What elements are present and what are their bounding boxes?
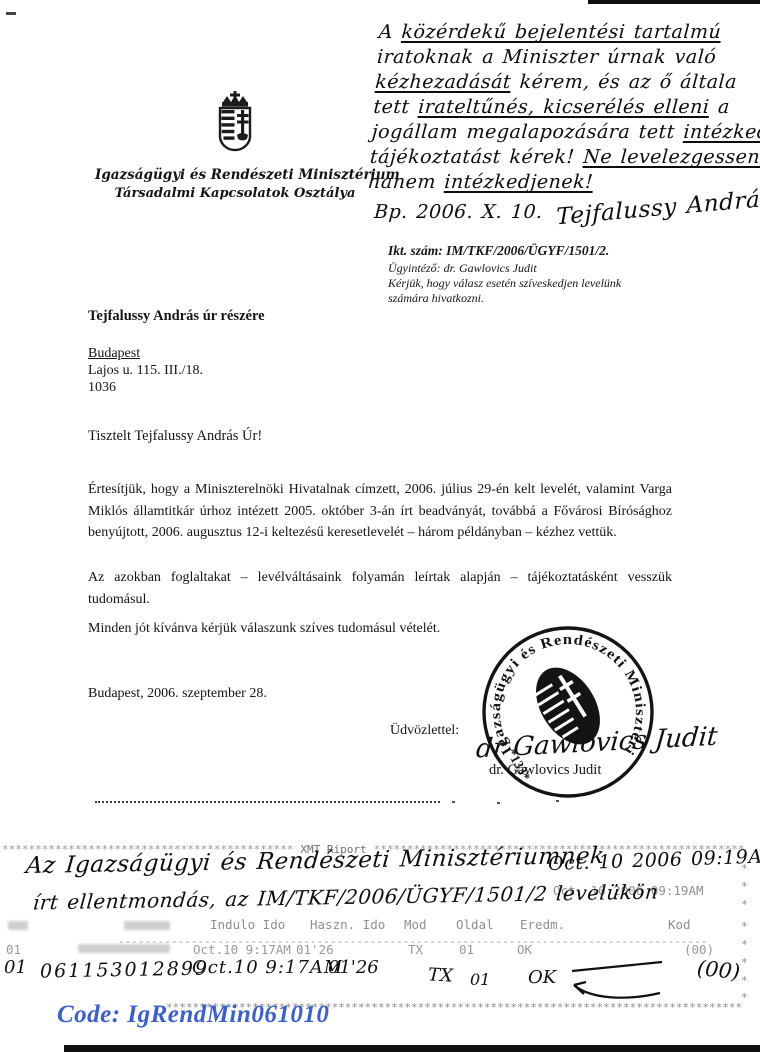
bottom-scan-bar: [64, 1045, 760, 1052]
fax-row-pages: 01: [459, 942, 474, 957]
fax-handwritten-annotation-2: írt ellentmondás, az IM/TKF/2006/ÜGYF/15…: [32, 880, 660, 915]
ref-number: Ikt. szám: IM/TKF/2006/ÜGYF/1501/2.: [388, 243, 748, 259]
fax-edge-star: *: [741, 920, 748, 933]
faint-print-smudge: [8, 921, 28, 930]
fax-edge-star: *: [741, 956, 748, 969]
reference-block: Ikt. szám: IM/TKF/2006/ÜGYF/1501/2. Ügyi…: [388, 243, 748, 306]
scanned-letter-page: Igazságügyi és Rendészeti Minisztérium T…: [0, 0, 760, 1052]
coat-of-arms-icon: [213, 90, 257, 161]
fax-table-header-start: Indulo Ido: [210, 917, 285, 932]
faint-print-smudge: [124, 921, 170, 930]
salutation: Tisztelt Tejfalussy András Úr!: [88, 428, 262, 445]
closing: Üdvözlettel:: [390, 723, 459, 739]
note-line: tett irateltűnés, kicserélés elleni a: [373, 95, 760, 120]
dept-name: Társadalmi Kapcsolatok Osztálya: [95, 186, 375, 201]
note-date: Bp. 2006. X. 10.: [373, 201, 543, 223]
arrow-sketch-icon: [562, 955, 674, 1003]
fax-handwritten-row-mode: TX: [427, 964, 453, 986]
fax-handwritten-row-code: (00): [696, 956, 741, 984]
stray-dot: [556, 800, 559, 802]
stray-dot: [452, 801, 455, 803]
fax-edge-star: *: [741, 898, 748, 911]
fax-report: ****************************************…: [0, 843, 760, 1052]
handwritten-note: A közérdekű bejelentési tartalmú iratokn…: [364, 20, 760, 239]
fax-table-header-pages: Oldal: [456, 917, 494, 932]
ref-note-line1: Kérjük, hogy válasz esetén szíveskedjen …: [388, 276, 748, 291]
fax-row-mode: TX: [408, 942, 423, 957]
fax-row-no: 01: [6, 942, 21, 957]
recipient-name: Tejfalussy András úr részére: [88, 308, 265, 325]
org-name: Igazságügyi és Rendészeti Minisztérium: [95, 167, 375, 183]
note-line: tájékoztatást kérek! Ne levelezgessenek,: [369, 145, 757, 170]
fax-row-result: OK: [517, 942, 532, 957]
fax-table-header-duration: Haszn. Ido: [310, 917, 385, 932]
fax-table-header-result: Eredm.: [520, 917, 565, 932]
fax-handwritten-row-result: OK: [528, 967, 556, 988]
fax-row-code: (00): [684, 942, 714, 957]
note-line: iratoknak a Miniszter úrnak való: [376, 45, 760, 70]
footer-code: Code: IgRendMin061010: [57, 1001, 329, 1029]
case-officer: Ügyintéző: dr. Gawlovics Judit: [388, 261, 748, 276]
fax-handwritten-row-no: 01: [4, 957, 27, 978]
signature-printed-name: dr. Gawlovics Judit: [489, 762, 601, 779]
stray-dot: [497, 802, 500, 804]
fax-edge-star: *: [741, 880, 748, 893]
fax-handwritten-row-duration: 01'26: [328, 957, 379, 978]
note-line: kézhezadását kérem, és az ő általa: [374, 70, 760, 95]
ref-note-line2: számára hivatkozni.: [388, 291, 748, 306]
fax-edge-star: *: [741, 938, 748, 951]
fax-edge-star: *: [741, 974, 748, 987]
fax-row-start-time: Oct.10 9:17AM: [193, 942, 291, 957]
separator-dotted-line: [95, 801, 440, 803]
note-line: jogállam megalapozására tett intézkedése…: [371, 120, 759, 145]
top-left-scan-mark: [6, 12, 16, 15]
recipient-street: Lajos u. 115. III./18.: [88, 363, 265, 379]
body-paragraph-2: Az azokban foglaltakat – levélváltásaink…: [88, 567, 672, 610]
fax-handwritten-row-start-time: Oct.10 9:17AM: [192, 957, 343, 978]
faint-print-smudge: [78, 944, 170, 953]
fax-handwritten-row-pages: 01: [470, 970, 490, 989]
date-line: Budapest, 2006. szeptember 28.: [88, 686, 267, 702]
fax-table-header-code: Kod: [668, 917, 691, 932]
fax-table-header-mode: Mod: [404, 917, 427, 932]
fax-row-duration: 01'26: [296, 942, 334, 957]
recipient-city: Budapest: [88, 346, 265, 362]
letterhead: Igazságügyi és Rendészeti Minisztérium T…: [95, 90, 375, 201]
fax-handwritten-row-station: 061153012899: [40, 958, 209, 983]
recipient-postal-code: 1036: [88, 380, 265, 396]
recipient-block: Tejfalussy András úr részére Budapest La…: [88, 308, 265, 396]
note-line: A közérdekű bejelentési tartalmú: [378, 20, 760, 45]
body-paragraph-1: Értesítjük, hogy a Miniszterelnöki Hivat…: [88, 479, 672, 544]
top-scan-line: [588, 0, 760, 4]
